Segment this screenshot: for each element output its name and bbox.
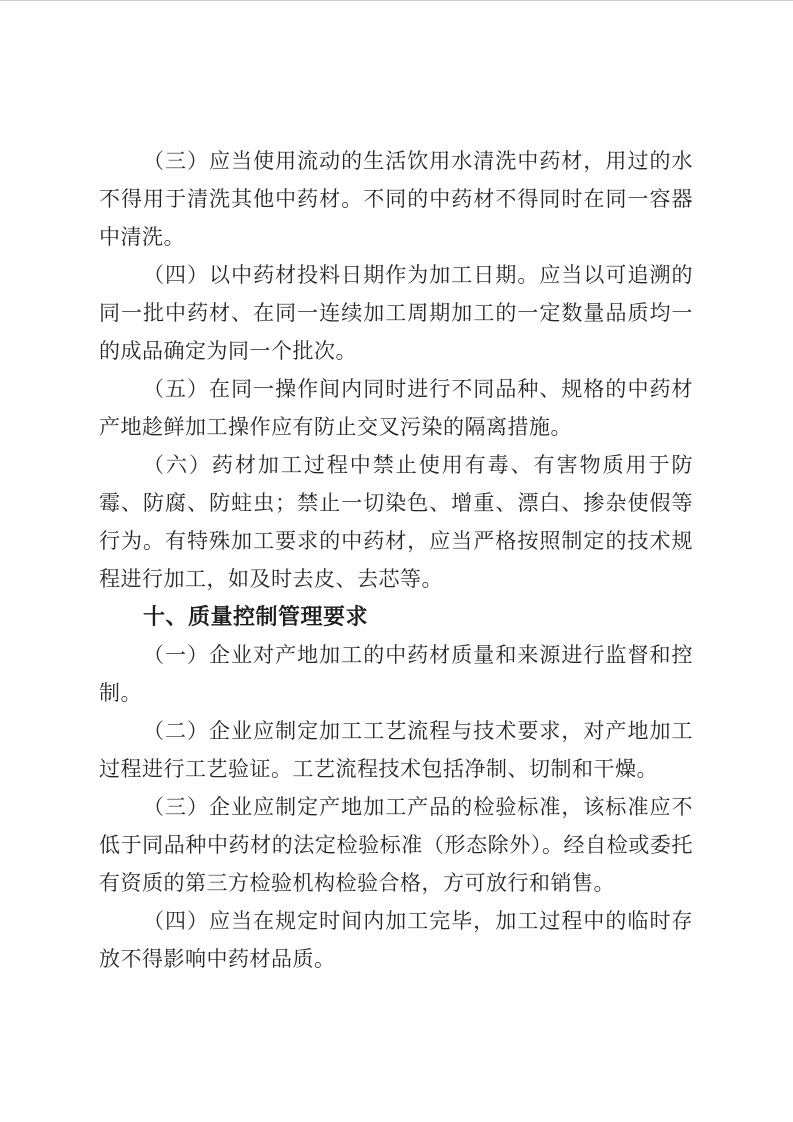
paragraph-process-validation: （二）企业应制定加工工艺流程与技术要求，对产地加工过程进行工艺验证。工艺流程技术… (99, 712, 693, 788)
paragraph-inspection-standard: （三）企业应制定产地加工产品的检验标准，该标准应不低于同品种中药材的法定检验标准… (99, 788, 693, 902)
paragraph-cross-contamination-requirement: （五）在同一操作间内同时进行不同品种、规格的中药材产地趁鲜加工操作应有防止交叉污… (99, 370, 693, 446)
paragraph-batch-date-requirement: （四）以中药材投料日期作为加工日期。应当以可追溯的同一批中药材、在同一连续加工周… (99, 256, 693, 370)
document-content: （三）应当使用流动的生活饮用水清洗中药材，用过的水不得用于清洗其他中药材。不同的… (99, 142, 693, 978)
section-heading-quality-control: 十、质量控制管理要求 (99, 598, 693, 636)
paragraph-washing-requirement: （三）应当使用流动的生活饮用水清洗中药材，用过的水不得用于清洗其他中药材。不同的… (99, 142, 693, 256)
paragraph-processing-time-limit: （四）应当在规定时间内加工完毕，加工过程中的临时存放不得影响中药材品质。 (99, 902, 693, 978)
document-page: （三）应当使用流动的生活饮用水清洗中药材，用过的水不得用于清洗其他中药材。不同的… (0, 0, 793, 1122)
paragraph-quality-supervision: （一）企业对产地加工的中药材质量和来源进行监督和控制。 (99, 636, 693, 712)
paragraph-prohibited-substances-requirement: （六）药材加工过程中禁止使用有毒、有害物质用于防霉、防腐、防蛀虫；禁止一切染色、… (99, 446, 693, 598)
